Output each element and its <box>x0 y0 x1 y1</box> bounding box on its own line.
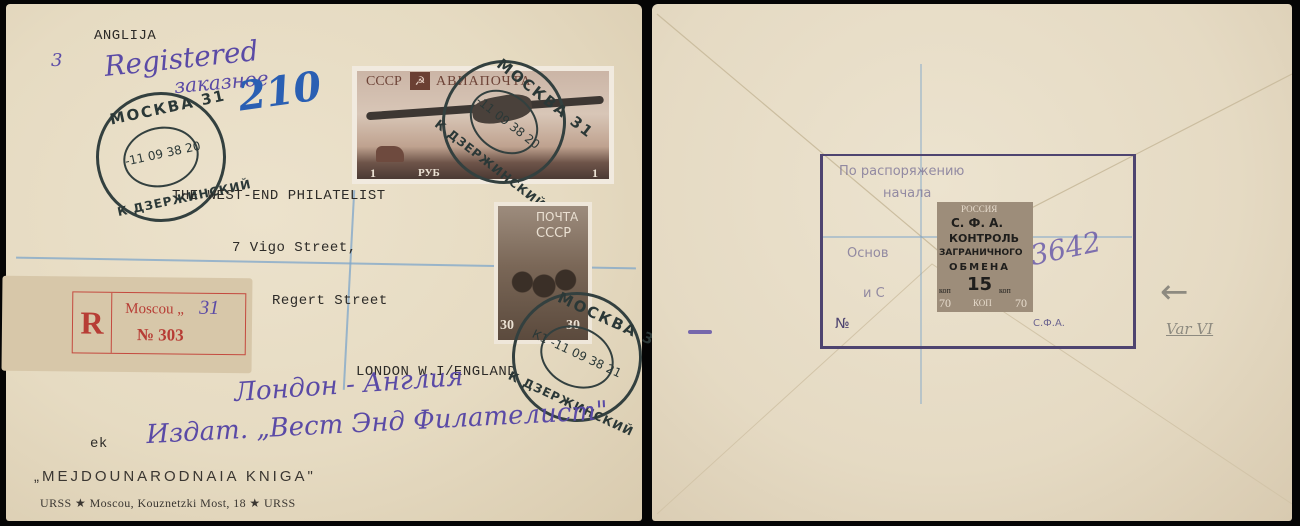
handwritten-address-line-1: Лондон - Англия <box>233 362 464 408</box>
ek-mark: ek <box>90 436 108 452</box>
registration-office: 31 <box>199 297 219 320</box>
pencil-variety-note: Var VI <box>1166 320 1213 338</box>
margin-number: 3 <box>51 50 62 71</box>
registration-label: R Moscou „ 31 № 303 <box>2 276 253 374</box>
lion-statue <box>376 146 404 162</box>
address-line-2: 7 Vigo Street, <box>232 240 357 256</box>
blue-pencil-vertical-line <box>343 190 355 390</box>
sender-name: „MEJDOUNARODNAIA KNIGA" <box>34 468 316 485</box>
registration-letter: R <box>73 292 113 352</box>
registration-city: Moscou „ <box>125 301 184 319</box>
address-line-1: THE WEST-END PHILATELIST <box>172 188 386 204</box>
address-line-3: Regert Street <box>272 293 388 309</box>
postmark-moscow-1: МОСКВА 31 -11 09 38 20 К ДЗЕРЖИНСКИЙ <box>84 80 238 234</box>
blue-crayon-number: 210 <box>235 62 324 120</box>
hammer-sickle-icon: ☭ <box>410 72 430 90</box>
sender-address: URSS ★ Moscou, Kouznetzki Most, 18 ★ URS… <box>40 496 296 511</box>
envelope-front: ANGLIJA 3 Registered заказное 210 МОСКВА… <box>6 4 642 521</box>
overprint-control-stamp: РОССИЯ С. Ф. А. КОНТРОЛЬ ЗАГРАНИЧНОГО ОБ… <box>937 202 1033 312</box>
typed-country: ANGLIJA <box>94 28 156 44</box>
registration-number: № 303 <box>137 325 184 345</box>
pencil-arrow-icon: ← <box>1160 272 1189 312</box>
handwritten-address-line-2: Издат. „Вест Энд Филателист" <box>146 396 609 450</box>
envelope-back: По распоряжению начала Основ и С № С.Ф.А… <box>652 4 1292 521</box>
violet-ink-smudge <box>688 330 712 334</box>
